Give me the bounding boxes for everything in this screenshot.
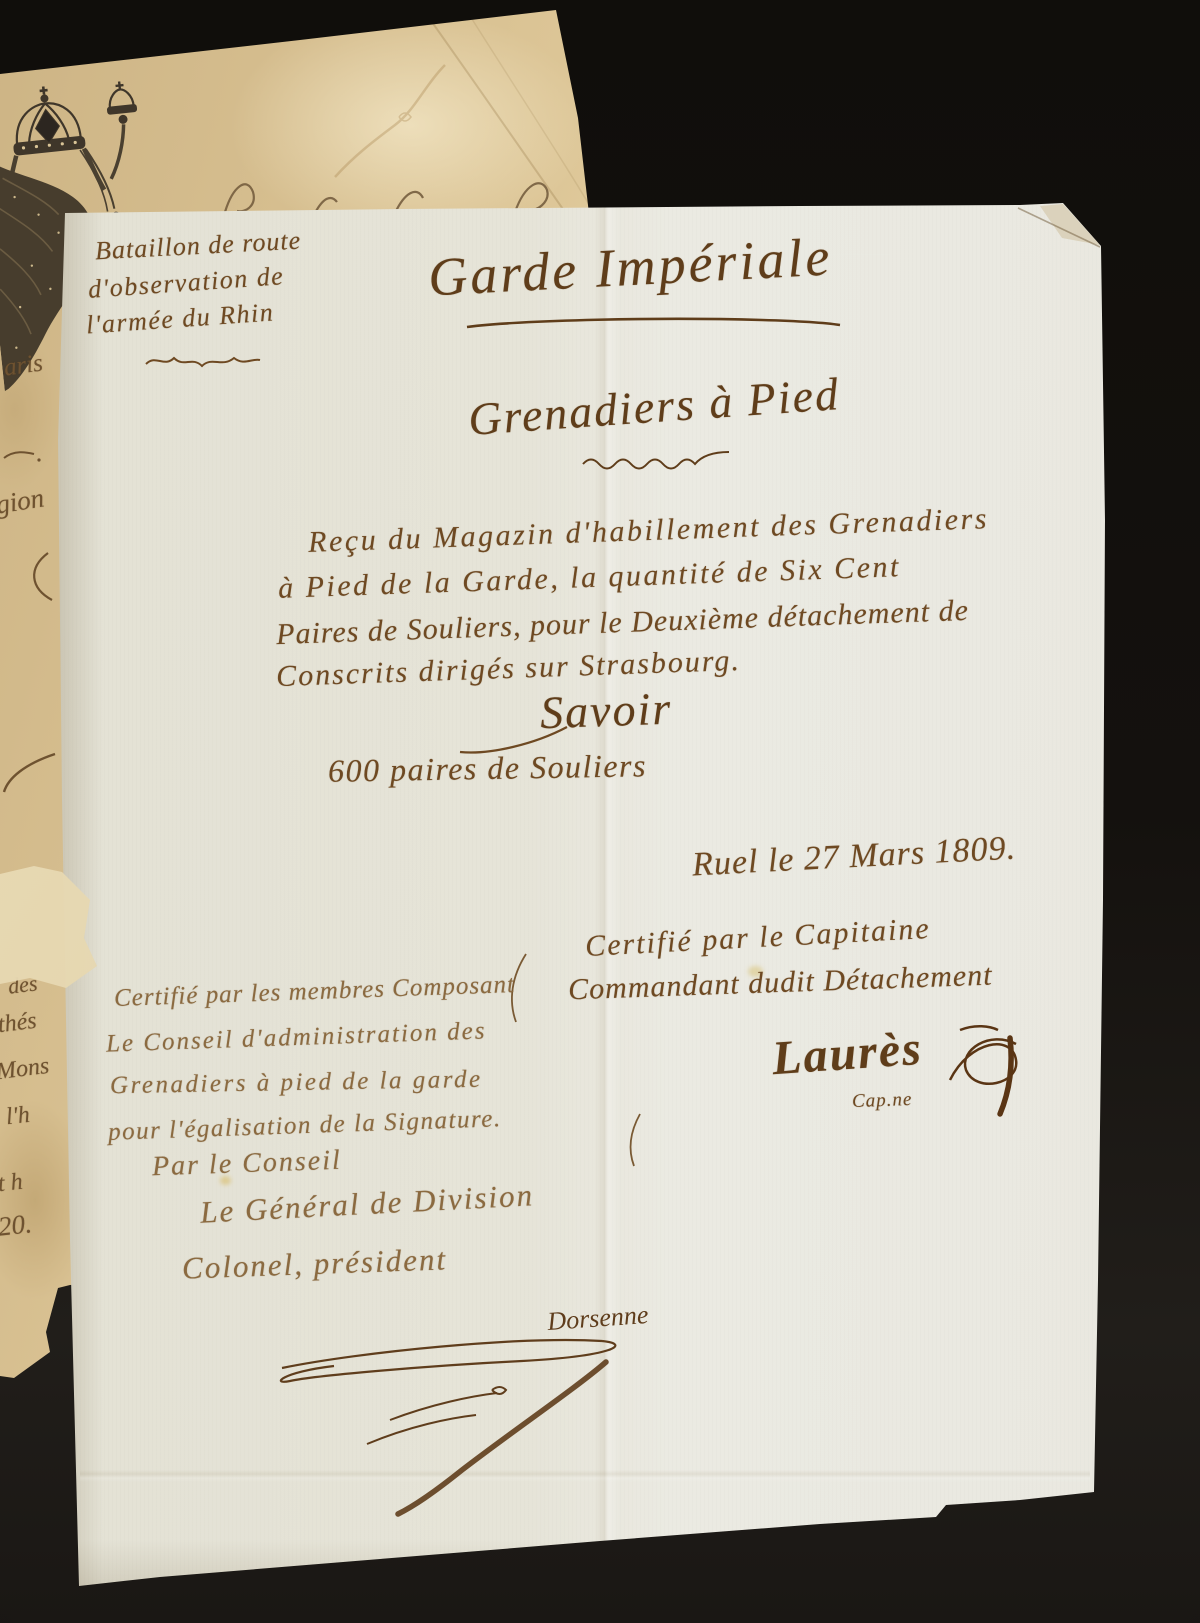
foxing-spot [1074, 1552, 1091, 1565]
bottom-edge-shadow [60, 1540, 1100, 1590]
fragment-dash [0, 444, 44, 466]
body-line: à Pied de la Garde, la quantité de Six C… [278, 550, 902, 606]
document-title: Garde Impériale [427, 225, 834, 308]
fragment-text: 20. [0, 1208, 33, 1242]
folded-corner-crease [1014, 200, 1106, 252]
savoir-word: Savoir [539, 682, 673, 740]
general-line: Le Général de Division [199, 1177, 535, 1230]
fragment-text: l'h [5, 1102, 32, 1131]
quantity-line: 600 paires de Souliers [328, 747, 648, 790]
corner-note-line: l'armée du Rhin [85, 297, 275, 340]
fragment-text: gion [0, 482, 46, 520]
corner-note-flourish [138, 344, 268, 378]
certification-left-line: Certifié par les membres Composant [114, 971, 516, 1013]
general-signature-name: Dorsenne [545, 1300, 649, 1336]
document-subtitle: Grenadiers à Pied [467, 367, 842, 446]
ink-bleed-mark [295, 55, 455, 185]
conseil-line: Par le Conseil [151, 1145, 342, 1184]
title-underline-flourish [462, 312, 847, 334]
captain-signature: Laurès [770, 1021, 924, 1086]
photograph-of-documents: aris gion des thés Mons l'h t h 20. [0, 0, 1200, 1623]
fragment-flourish [0, 746, 60, 796]
captain-rank: Cap.ne [852, 1089, 913, 1113]
corner-note-line: Bataillon de route [94, 226, 302, 267]
body-line: Paires de Souliers, pour le Deuxième dét… [276, 594, 970, 652]
fragment-text: t h [0, 1169, 24, 1198]
certification-right-line: Commandant dudit Détachement [568, 959, 994, 1008]
front-paper-sheet: Bataillon de route d'observation de l'ar… [0, 0, 1200, 1623]
certification-left-line: Grenadiers à pied de la garde [110, 1066, 483, 1101]
general-signature-flourish: Dorsenne [270, 1268, 660, 1518]
certification-left-line: Le Conseil d'administration des [106, 1017, 487, 1058]
certification-right-line: Certifié par le Capitaine [584, 912, 931, 964]
fragment-flourish [18, 548, 62, 604]
certification-left-line: pour l'égalisation de la Signature. [108, 1105, 502, 1147]
subtitle-wavy-underline [578, 448, 758, 474]
hidden-script-ascenders [195, 168, 595, 214]
stray-pen-stroke [620, 1110, 648, 1170]
body-line: Conscrits dirigés sur Strasbourg. [276, 644, 742, 694]
dateline: Ruel le 27 Mars 1809. [691, 830, 1017, 885]
fragment-text: thés [0, 1008, 38, 1040]
fragment-text: Mons [0, 1053, 51, 1086]
captain-signature-paraph [930, 1018, 1040, 1118]
fragment-text: aris [2, 349, 44, 382]
